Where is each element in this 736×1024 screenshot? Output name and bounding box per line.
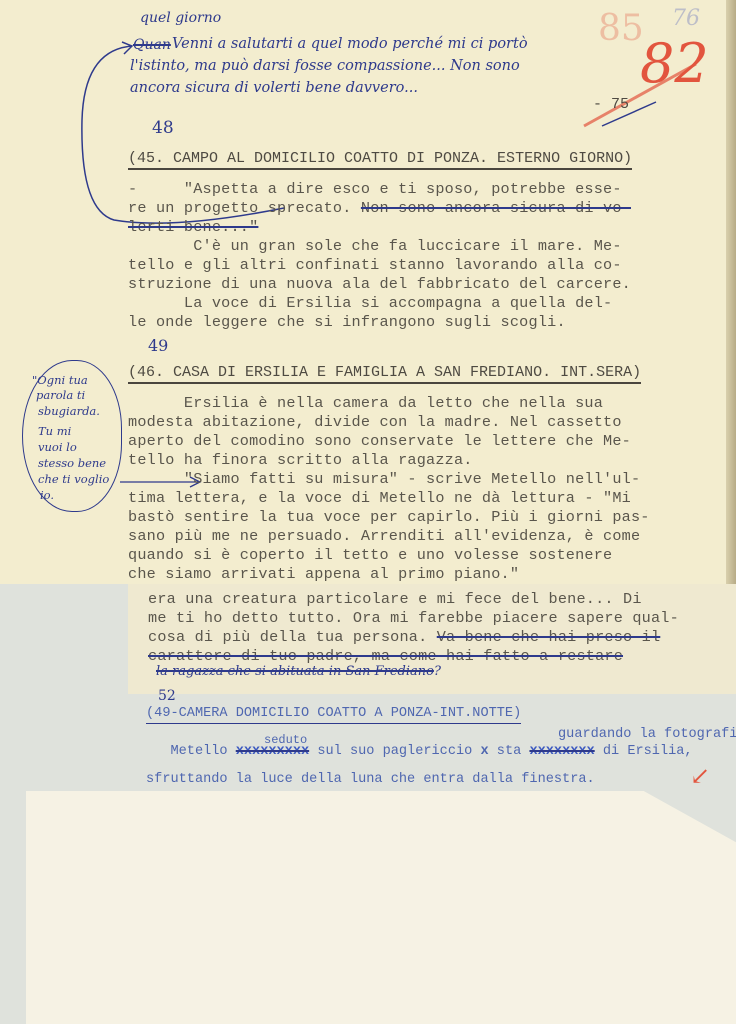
struck-text: xxxxxxxxx [236, 744, 309, 759]
struck-text: la ragazza che si abituata in San Fredia… [156, 664, 434, 679]
handwritten-struck-line: la ragazza che si abituata in San Fredia… [156, 664, 441, 679]
struck-text: Va bene che hai preso il [437, 628, 661, 646]
question-mark: ? [434, 664, 441, 679]
scene-number-handwritten: 52 [158, 688, 176, 704]
script-line: tello e gli altri confinati stanno lavor… [128, 256, 622, 275]
script-line: "Siamo fatti su misura" - scrive Metello… [128, 470, 640, 489]
scene-heading: (49-CAMERA DOMICILIO COATTO A PONZA-INT.… [146, 706, 521, 724]
document-page: 85 76 82 - 75 quel giorno Quan Venni a s… [0, 0, 736, 1024]
scene-number-handwritten: 49 [148, 336, 168, 355]
indent [128, 237, 193, 255]
script-line: cosa di più della tua persona. Va bene c… [148, 628, 660, 647]
margin-note-line: sbugiarda. [38, 404, 100, 418]
script-line: bastò sentire la tua voce per capirlo. P… [128, 508, 650, 527]
script-line: aperto del comodino sono conservate le l… [128, 432, 631, 451]
script-line: Ersilia è nella camera da letto che nell… [128, 394, 603, 413]
script-line: struzione di una nuova ala del fabbricat… [128, 275, 631, 294]
script-line: La voce di Ersilia si accompagna a quell… [128, 294, 612, 313]
handwritten-insertion: quel giorno [140, 10, 221, 26]
margin-note-line: "Ogni tua [32, 372, 88, 388]
line-text: re un progetto sprecato. [128, 199, 352, 217]
faint-page-number: 85 [598, 8, 644, 49]
pasted-bottom-sheet [26, 791, 736, 1024]
line-text: Metello [146, 744, 236, 759]
scene-heading: (45. CAMPO AL DOMICILIO COATTO DI PONZA.… [128, 150, 632, 170]
struck-text: xxxxxxxx [529, 744, 594, 759]
faint-page-number-2: 76 [672, 6, 700, 31]
margin-note-line: vuoi lo [38, 440, 77, 454]
script-line: tima lettera, e la voce di Metello ne dà… [128, 489, 631, 508]
script-line: Metello xxxxxxxxx sul suo paglericcio x … [146, 744, 693, 759]
scene-number-handwritten: 48 [152, 118, 174, 138]
typed-insertion: guardando la fotografi [558, 727, 736, 742]
script-line: re un progetto sprecato. Non sono ancora… [128, 199, 631, 218]
script-line: me ti ho detto tutto. Ora mi farebbe pia… [148, 609, 679, 628]
margin-note-line: parola ti [36, 388, 85, 402]
script-line: lerti bene..." [128, 218, 258, 237]
script-line: quando si è coperto il tetto e uno voles… [128, 546, 612, 565]
red-arrow-icon: ↙ [690, 762, 710, 790]
line-text: sul suo paglericcio [309, 744, 480, 759]
margin-note-line: che ti voglio [38, 472, 109, 486]
script-line: sfruttando la luce della luna che entra … [146, 772, 595, 787]
line-text: C'è un gran sole che fa luccicare il mar… [193, 237, 621, 255]
script-line: era una creatura particolare e mi fece d… [148, 590, 642, 609]
line-text: cosa di più della tua persona. [148, 628, 437, 646]
struck-x: x [480, 744, 488, 759]
script-line: le onde leggere che si infrangono sugli … [128, 313, 566, 332]
script-line: modesta abitazione, divide con la madre.… [128, 413, 622, 432]
script-line: che siamo arrivati appena al primo piano… [128, 565, 519, 584]
margin-note-line: stesso bene [38, 456, 106, 470]
blue-tick [600, 98, 660, 128]
margin-note-line: Tu mi [38, 424, 71, 438]
line-text: sta [489, 744, 530, 759]
script-line: C'è un gran sole che fa luccicare il mar… [128, 237, 622, 256]
script-line: sano più me ne persuado. Arrenditi all'e… [128, 527, 640, 546]
line-text: di Ersilia, [595, 744, 693, 759]
margin-note-line: io. [40, 488, 54, 502]
scene-heading: (46. CASA DI ERSILIA E FAMIGLIA A SAN FR… [128, 364, 641, 384]
struck-text: Non sono ancora sicura di vo- [361, 199, 631, 217]
struck-text: lerti bene..." [128, 218, 258, 236]
script-line: tello ha finora scritto alla ragazza. [128, 451, 473, 470]
script-line: - "Aspetta a dire esco e ti sposo, potre… [128, 180, 622, 199]
